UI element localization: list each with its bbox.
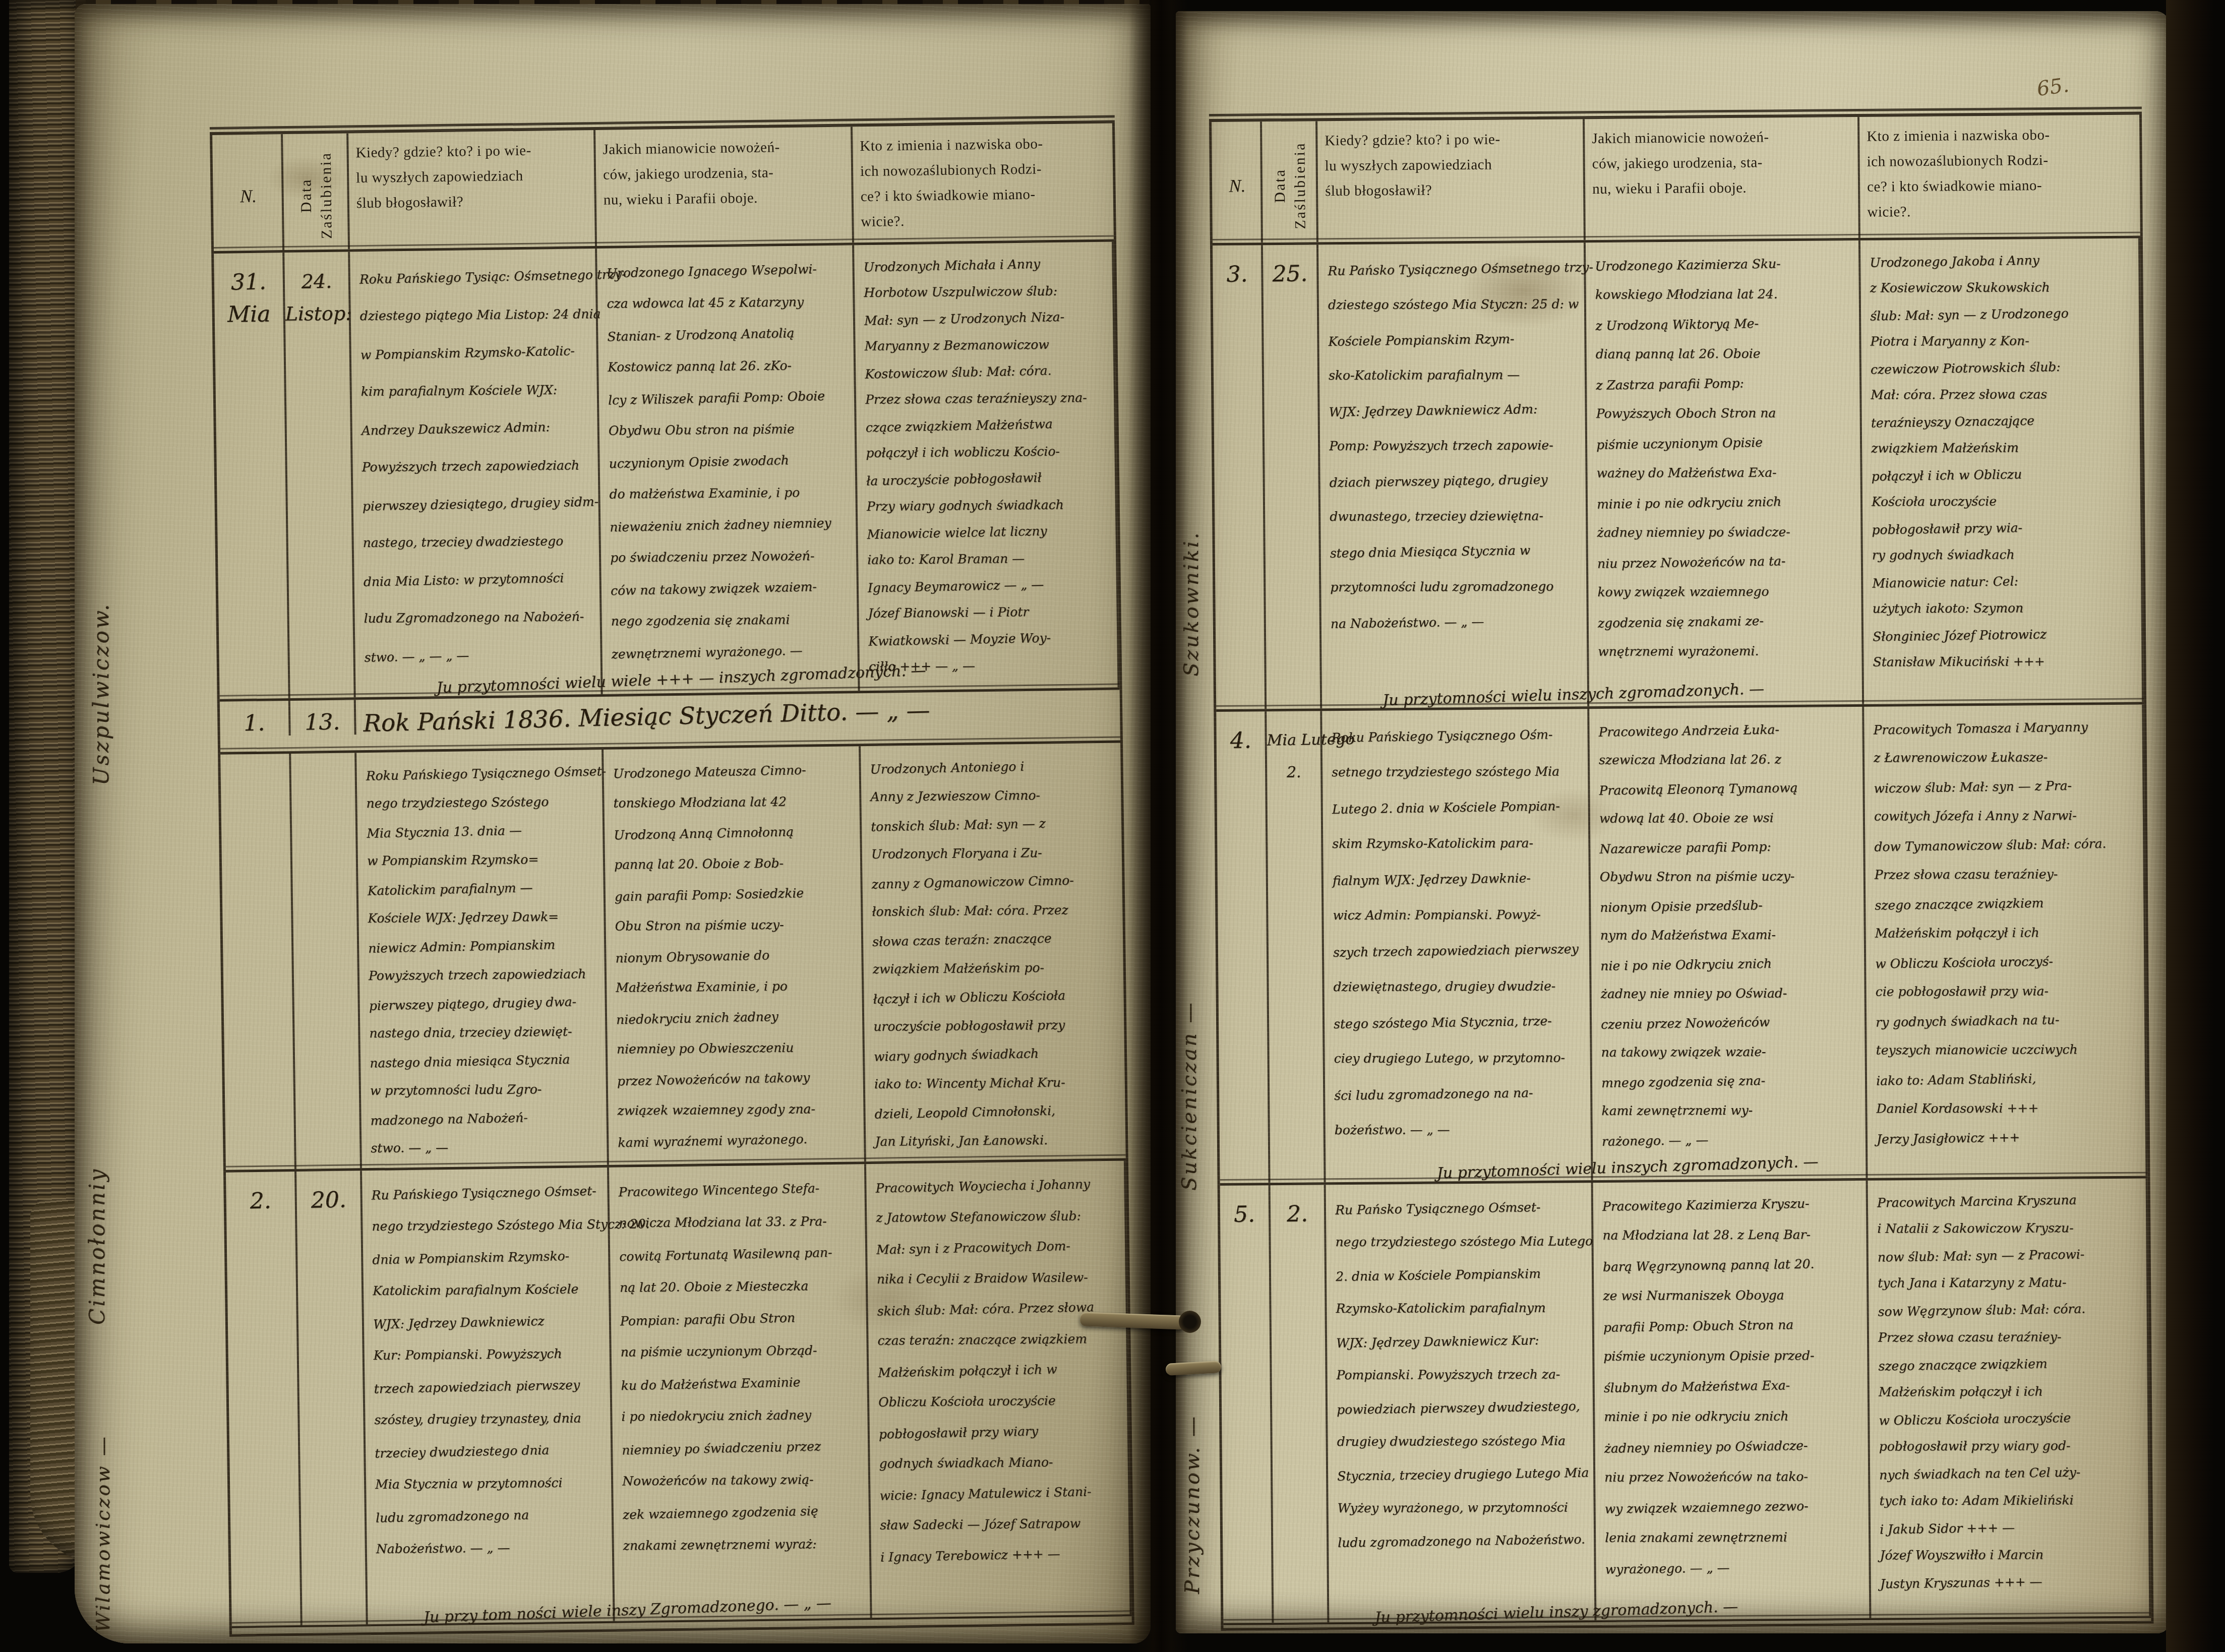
text-line: ry godnych świadkach na tu- <box>1876 1004 2142 1037</box>
date-header-word: Zaślubienia <box>318 151 336 238</box>
text-line: ców na takowy związek wzaiem- <box>610 570 854 607</box>
entry-witnesses-text: Urodzonych Antoniego iAnny z Jezwieszow … <box>861 743 1126 1161</box>
column-header-date: Data Zaślubienia <box>283 133 350 250</box>
entry-witnesses-text: Pracowitych Marcina Kryszunai Natalii z … <box>1868 1178 2151 1618</box>
text-line: znakami zewnętrznemi wyraż: <box>623 1527 867 1562</box>
entry-ceremony-text: Ru Pańsko Tysiącznego Ośmsetnego trzy-dz… <box>1318 242 1589 708</box>
text-line: lenia znakami zewnętrznemi <box>1605 1522 1866 1553</box>
text-line: pobłogosławił przy wiary god- <box>1879 1432 2145 1460</box>
text-line: ludu zgromadzonego na Nabożeństwo. <box>1338 1522 1591 1559</box>
text-line: sko-Katolickim parafialnym — <box>1329 357 1582 393</box>
entry-date <box>291 753 362 1169</box>
text-line: Roku Pańskiego Tysiąc: Ośmsetnego trzy- <box>359 256 592 298</box>
text-line: wy związek wzaiemnego zezwo- <box>1604 1490 1866 1524</box>
text-line: Przez słowa czasu teraźniey- <box>1875 860 2140 890</box>
text-line: Listop: <box>285 297 349 330</box>
text-line: ślub: Mał: syn — z Urodzonego <box>1870 299 2136 330</box>
entry-witnesses-text: Pracowitych Woyciecha i Johannyz Jatowto… <box>866 1160 1132 1618</box>
text-line: cza wdowca lat 45 z Katarzyny <box>607 285 850 319</box>
text-line: Nowożeńców na takowy zwią- <box>622 1463 866 1497</box>
entry-newlyweds-text: Urodzonego Ignacego Wsepolwi-cza wdowca … <box>597 245 860 694</box>
text-line: sow Węgrzynow ślub: Mał: córa. <box>1878 1295 2144 1326</box>
text-line: z Urodzoną Wiktoryą Me- <box>1595 307 1856 341</box>
text-line: Stanian- z Urodzoną Anatolią <box>607 316 851 353</box>
text-line: Urodzonych Floryana i Zu- <box>871 838 1119 869</box>
text-line: skim Rzymsko-Katolickim para- <box>1332 825 1585 862</box>
entry-number: 31.Mia <box>214 253 290 699</box>
text-line: nionym Obrysowanie do <box>615 938 859 974</box>
margin-note: Cimnołonniy <box>85 841 109 1325</box>
text-line: ła uroczyście pobłogosławił <box>866 463 1112 495</box>
column-header-number: N. <box>1212 121 1263 243</box>
entry-date: Mia Lutego2. <box>1267 711 1326 1183</box>
entry-date: 20. <box>296 1171 368 1625</box>
text-line: rażonego. — „ — <box>1602 1123 1863 1156</box>
text-line: Jan Lityński, Jan Łanowski. <box>875 1125 1122 1156</box>
margin-note: Wilamowiczow — <box>92 1335 114 1632</box>
text-line: Rzymsko-Katolickim parafialnym <box>1336 1291 1589 1325</box>
text-line: Józef Bianowski — i Piotr <box>868 598 1113 627</box>
text-line: szewicza Młodziana lat 26. z <box>1599 745 1859 775</box>
text-line: Kościoła uroczyście <box>1872 487 2137 515</box>
text-line: Piotra i Maryanny z Kon- <box>1870 327 2136 355</box>
text-line: nych świadkach na ten Cel uży- <box>1879 1458 2145 1489</box>
text-line: ludu zgromadzonego na <box>375 1497 609 1534</box>
text-line: wiczow ślub: Mał: syn — z Pra- <box>1874 770 2140 804</box>
text-line: zewnętrznemi wyrażonego. — <box>611 634 855 670</box>
text-line: Roku Pańskiego Tysiącznego Ośm- <box>1331 716 1585 755</box>
text-line: fialnym WJX: Jędrzey Dawknie- <box>1332 859 1586 898</box>
entry-number: 2. <box>226 1172 303 1626</box>
text-line: Mia Lutego <box>1267 724 1320 757</box>
text-line: Powyższych trzech zapowiedziach <box>369 959 602 990</box>
text-line: Józef Woyszwiłło i Marcin <box>1880 1541 2145 1569</box>
text-line: sław Sadecki — Józef Satrapow <box>880 1508 1126 1541</box>
text-line: na Młodziana lat 28. z Leną Bar- <box>1602 1219 1863 1251</box>
text-line: WJX: Jędrzey Dawkniewicz <box>373 1304 606 1340</box>
entry-date: 24.Listop: <box>284 252 356 698</box>
text-line: Pompianski. Powyższych trzech za- <box>1336 1358 1589 1392</box>
text-line: nego trzydziestego Szóstego Mia Stycz: 2… <box>372 1208 605 1243</box>
margin-note: Uszpulwiczow. <box>89 241 113 785</box>
text-line: tonskich ślub: Mał: syn — z <box>871 808 1119 841</box>
text-line: Ru Pańsko Tysiącznego Ośmset- <box>1335 1190 1589 1227</box>
text-line: 2. <box>226 1185 295 1218</box>
text-line: związek wzaiemney zgody zna- <box>617 1093 861 1126</box>
text-line: Obydwu Obu stron na piśmie <box>609 412 852 446</box>
text-line: dziestego piątego Mia Listop: 24 dnia <box>359 295 593 335</box>
text-line: Pracowitego Kazimierza Kryszu- <box>1602 1188 1863 1222</box>
text-line: dianą panną lat 26. Oboie <box>1596 338 1856 369</box>
text-line: ślub błogosławił? <box>356 188 590 216</box>
text-line: ców, jakiego urodzenia, sta- <box>1592 149 1853 176</box>
text-line: w Pompianskim Rzymsko-Katolic- <box>360 331 593 374</box>
text-line: Kostowicz panną lat 26. zKo- <box>608 349 851 383</box>
entry-row: 2. 20. Ru Pańskiego Tysiącznego Ośmset-n… <box>226 1160 1132 1628</box>
text-line: Pracowitych Tomasza i Maryanny <box>1873 712 2139 745</box>
text-line: lcy z Wiliszek parafii Pomp: Oboie <box>608 380 851 416</box>
text-line: niewicz Admin: Pompianskim <box>368 929 602 962</box>
text-line: związkiem Małżeńskim po- <box>873 953 1120 984</box>
text-line: Obu Stron na piśmie uczy- <box>615 908 858 941</box>
entry-number: 3. <box>1213 245 1267 709</box>
text-line: Horbotow Uszpulwiczow ślub: <box>864 277 1109 306</box>
text-line: ry godnych świadkach <box>1872 541 2138 569</box>
text-line: piśmie uczynionym Opisie <box>1596 426 1857 460</box>
text-line: Roku Pańskiego Tysiącznego Ośmset- <box>366 757 599 790</box>
column-header-parents-witnesses: Kto z imienia i nazwiska obo-ich nowozaś… <box>1859 115 2140 238</box>
text-line: Przez słowa czasu teraźniey- <box>1878 1323 2144 1352</box>
text-line: szego znaczące związkiem <box>1875 887 2141 921</box>
text-line: Mianowicie natur: Cel: <box>1872 566 2138 597</box>
text-line: pierwszey dziesiątego, drugiey sidm- <box>362 482 595 525</box>
text-line: ze wsi Nurmaniszek Oboyga <box>1603 1280 1863 1311</box>
text-line: Przez słowa czas teraźnieyszy zna- <box>865 384 1111 413</box>
text-line: czewiczow Piotrowskich ślub: <box>1871 352 2137 383</box>
text-line: ich nowozaślubionych Rodzi- <box>1867 147 2135 174</box>
text-line: 24. <box>284 265 348 298</box>
text-line: Urodzonych Antoniego i <box>870 750 1118 784</box>
text-line: ich nowozaślubionych Rodzi- <box>860 156 1108 184</box>
text-line: Przy wiary godnych świadkach <box>867 491 1112 520</box>
text-line: Ru Pańskiego Tysiącznego Ośmset- <box>371 1175 605 1211</box>
text-line: Kościele WJX: Jędrzey Dawk= <box>368 902 600 933</box>
text-line: i Ignacy Terebowicz +++ — <box>880 1537 1126 1573</box>
text-line: z Jatowtow Stefanowiczow ślub: <box>876 1200 1122 1233</box>
text-line: Kto z imienia i nazwiska obo- <box>1867 122 2134 149</box>
text-line: nie i po nie Odkryciu znich <box>1600 948 1861 981</box>
text-line: cowitą Fortunatą Wasilewną pan- <box>619 1236 863 1273</box>
text-line: czące związkiem Małżeństwa <box>865 409 1111 441</box>
text-line: Maryanny z Bezmanowiczow <box>864 331 1110 359</box>
text-line: godnych świadkach Miano- <box>879 1446 1125 1479</box>
date-header-word: Zaślubienia <box>1291 142 1309 229</box>
text-line: nastego dnia miesiąca Stycznia <box>370 1044 603 1077</box>
text-line: dziach pierwszey piątego, drugiey <box>1329 461 1583 500</box>
entry-newlyweds-text: Pracowitego Andrzeia Łuka-szewicza Młodz… <box>1589 707 1868 1180</box>
text-line: żadney nie mniey po Oświad- <box>1601 978 1861 1009</box>
text-line: stwo. — „ — <box>371 1132 604 1162</box>
text-line: użytych iakoto: Szymon <box>1873 594 2138 622</box>
entry-witnesses-text: Urodzonego Jakoba i Annyz Kosiewiczow Sk… <box>1860 238 2144 704</box>
text-line: Kur: Pompianski. Powyższych <box>374 1337 607 1372</box>
binding-thread-hole <box>1179 1311 1201 1333</box>
text-line: teraźnieyszy Oznaczające <box>1871 406 2137 437</box>
text-line: wicie: Ignacy Matulewicz i Stani- <box>879 1476 1125 1511</box>
text-line: szych trzech zapowiedziach pierwszey <box>1333 931 1586 970</box>
text-line: Powyższych Oboch Stron na <box>1596 398 1857 429</box>
text-line: związkiem Małżeńskim <box>1871 434 2137 462</box>
text-line: parafii Pomp: Obuch Stron na <box>1603 1309 1864 1343</box>
text-line: iako to: Karol Braman — <box>867 544 1113 573</box>
text-line: niemniey po świadczeniu przez <box>622 1430 865 1467</box>
text-line: dow Tymanowiczow ślub: Mał: córa. <box>1874 829 2140 862</box>
text-line: Kiedy? gdzie? kto? i po wie- <box>1325 126 1578 153</box>
text-line: wicie?. <box>861 206 1109 234</box>
text-line: połączył i ich wobliczu Kościo- <box>866 438 1111 466</box>
text-line: Urodzonego Jakoba i Anny <box>1870 246 2136 276</box>
text-line: lu wyszłych zapowiedziach <box>1325 151 1578 178</box>
text-line: na takowy związek wzaie- <box>1601 1037 1861 1067</box>
date-header-word: Data <box>1272 168 1289 203</box>
entry-ceremony-text: Ru Pańskiego Tysiącznego Ośmset-nego trz… <box>362 1168 615 1624</box>
text-line: dnia w Pompianskim Rzymsko- <box>372 1239 606 1276</box>
text-line: tonskiego Młodziana lat 42 <box>613 785 857 818</box>
text-line: 2. dnia w Kościele Pompianskim <box>1336 1256 1589 1293</box>
text-line: dnia Mia Listo: w przytomności <box>363 558 596 600</box>
text-line: Małżeńskim połączył i ich <box>1879 1378 2144 1406</box>
text-line: Mia Stycznia w przytomności <box>375 1466 609 1501</box>
column-header-ceremony: Kiedy? gdzie? kto? i po wie-lu wyszłych … <box>1317 119 1586 242</box>
text-line: dziewiętnastego, drugiey dwudzie- <box>1333 968 1586 1005</box>
text-line: Nabożeństwo. — „ — <box>376 1531 610 1565</box>
text-line: kim parafialnym Kościele WJX: <box>360 371 594 410</box>
text-line: i Natalii z Sakowiczow Kryszu- <box>1877 1214 2143 1243</box>
text-line: ku do Małżeństwa Examinie <box>621 1365 864 1402</box>
text-line: Słonginiec Józef Piotrowicz <box>1873 620 2139 650</box>
entry-row: Roku Pańskiego Tysiącznego Ośmset-nego t… <box>220 743 1126 1172</box>
text-line: wiary godnych świadkach <box>874 1037 1122 1071</box>
text-line: z Zastrza parafii Pomp: <box>1596 366 1857 400</box>
entry-date: 25. <box>1263 244 1322 709</box>
text-line: drugiey dwudziestego szóstego Mia <box>1337 1424 1590 1458</box>
text-line: dzieli, Leopold Cimnołonski, <box>874 1095 1122 1129</box>
text-line: połączył i ich w Obliczu <box>1871 459 2137 490</box>
text-line: w Pompianskim Rzymsko= <box>367 844 600 875</box>
text-line: uczynionym Opisie zwodach <box>609 443 852 480</box>
right-page: Szukowniki. Sukcieniczan — Przyczunow. —… <box>1176 11 2170 1633</box>
text-line: z Kosiewiczow Skukowskich <box>1870 274 2136 301</box>
text-line: Pracowitych Woyciecha i Johanny <box>875 1168 1121 1204</box>
marriage-register-table-right: N. Data Zaślubienia Kiedy? gdzie? kto? i… <box>1209 111 2153 1630</box>
book-cover-edge <box>2166 0 2214 1652</box>
entry-ceremony-text: Roku Pańskiego Tysiąc: Ośmsetnego trzy-d… <box>350 249 603 697</box>
text-line: dziestego szóstego Mia Styczn: 25 d: w <box>1328 286 1581 323</box>
entry-witnesses-text: Pracowitych Tomasza i Maryannyz Ławrenow… <box>1864 704 2147 1178</box>
text-line: wicz Admin: Pompianski. Powyż- <box>1333 896 1586 933</box>
entry-number: 1. <box>220 701 291 737</box>
text-line: słowa czas teraźn: znaczące <box>872 923 1120 956</box>
entry-row: 5. 2. Ru Pańsko Tysiącznego Ośmset-nego … <box>1220 1178 2151 1625</box>
book-gutter-shadow <box>1128 0 1188 1652</box>
text-line: w Obliczu Kościoła uroczyś- <box>1875 946 2141 979</box>
column-header-newlyweds: Jakich mianowicie nowożeń-ców, jakiego u… <box>1585 117 1860 240</box>
text-line: czas teraźn: znaczące związkiem <box>877 1323 1123 1356</box>
text-line: łonskich ślub: Mał: córa. Przez <box>872 895 1119 926</box>
text-line: Kwiatkowski — Moyzie Woy- <box>868 623 1114 655</box>
text-line: zek wzaiemnego zgodzenia się <box>622 1494 866 1532</box>
text-line: ślubnym do Małżeństwa Exa- <box>1603 1369 1865 1403</box>
text-line: Ignacy Beymarowicz — „ — <box>867 570 1113 601</box>
text-line: ce? i kto świadkowie miano- <box>860 181 1108 209</box>
text-line: Urodzonego Ignacego Wsepolwi- <box>606 253 850 289</box>
text-line: kowy związek wzaiemnego <box>1597 576 1858 607</box>
text-line: Kościele Pompianskim Rzym- <box>1328 320 1582 359</box>
text-line: do małżeństwa Examinie, i po <box>609 476 853 510</box>
text-line: tych Jana i Katarzyny z Matu- <box>1878 1269 2143 1297</box>
entry-number <box>220 754 296 1170</box>
text-line: Mia <box>214 298 283 331</box>
text-line: mnego zgodzenia się zna- <box>1601 1065 1862 1098</box>
entry-number: 4. <box>1216 711 1270 1183</box>
text-line: wnętrznemi wyrażonemi. <box>1598 636 1858 666</box>
text-line: nionym Opisie przedślub- <box>1600 889 1861 923</box>
entry-newlyweds-text: Pracowitego Wincentego Stefa-nowicza Mło… <box>609 1164 872 1621</box>
text-line: Mał: córa. Przez słowa czas <box>1871 381 2136 408</box>
column-header-number: N. <box>212 134 284 251</box>
text-line: madzonego na Nabożeń- <box>370 1102 604 1135</box>
table-header-row: N. Data Zaślubienia Kiedy? gdzie? kto? i… <box>212 124 1114 254</box>
table-header-row: N. Data Zaślubienia Kiedy? gdzie? kto? i… <box>1212 115 2140 246</box>
text-line: ce? i kto świadkowie miano- <box>1867 172 2135 200</box>
text-line: w Obliczu Kościoła uroczyście <box>1879 1403 2145 1435</box>
text-line: pierwszey piątego, drugiey dwa- <box>369 987 602 1020</box>
entry-row: 4. Mia Lutego2. Roku Pańskiego Tysiączne… <box>1216 704 2147 1185</box>
text-line: przez Nowożeńców na takowy <box>617 1061 860 1097</box>
text-line: minie i po nie odkryciu znich <box>1604 1401 1865 1432</box>
text-line: 5. <box>1220 1198 1269 1231</box>
text-line: z Ławrenowiczow Łukasze- <box>1874 743 2139 773</box>
text-line: nieważeniu znich żadney niemniey <box>610 507 853 543</box>
entry-newlyweds-text: Pracowitego Kazimierza Kryszu-na Młodzia… <box>1593 1181 1872 1620</box>
text-line: i Jakub Sidor +++ — <box>1880 1512 2146 1544</box>
text-line: ciey drugiego Lutego, w przytomno- <box>1334 1039 1587 1076</box>
text-line: Katolickim parafialnym — <box>367 872 600 905</box>
text-line: powiedziach pierwszey dwudziestego, <box>1337 1389 1590 1426</box>
text-line: cowitych Józefa i Anny z Narwi- <box>1874 801 2140 831</box>
text-line: now ślub: Mał: syn — z Pracowi- <box>1877 1240 2143 1271</box>
text-line: dwunastego, trzeciey dziewiętna- <box>1330 498 1583 534</box>
text-line: Wyżey wyrażonego, w przytomności <box>1338 1491 1591 1525</box>
text-line: na Nabożeństwo. — „ — <box>1330 602 1584 641</box>
text-line: nowicza Młodziana lat 33. z Pra- <box>619 1205 862 1239</box>
text-line: przytomności ludu zgromadzonego <box>1330 569 1583 605</box>
text-line: 31. <box>214 266 283 299</box>
text-line: nu, wieku i Parafii oboje. <box>1592 174 1853 202</box>
text-line: lu wyszłych zapowiedziach <box>356 162 589 191</box>
text-line: żadney niemniey po Oświadcze- <box>1604 1430 1865 1464</box>
text-line: 3. <box>1213 258 1261 291</box>
text-line: ną lat 20. Oboie z Miesteczka <box>620 1269 863 1304</box>
text-line: szóstey, drugiey trzynastey, dnia <box>374 1402 608 1436</box>
text-line: Mia Stycznia 13. dnia — <box>367 814 600 847</box>
text-line: uroczyście pobłogosławił przy <box>873 1010 1121 1041</box>
text-line: niu przez Nowożeńców na tako- <box>1604 1461 1865 1493</box>
text-line: Jakich mianowicie nowożeń- <box>603 134 846 162</box>
text-line: Andrzey Daukszewicz Admin: <box>361 407 594 449</box>
column-header-newlyweds: Jakich mianowicie nowożeń-ców, jakiego u… <box>595 127 854 246</box>
text-line: pobłogosławił przy wia- <box>1872 513 2138 543</box>
text-line: Kiedy? gdzie? kto? i po wie- <box>355 137 589 165</box>
text-line: w przytomności ludu Zgro- <box>370 1074 603 1105</box>
text-line: Daniel Kordasowski +++ <box>1876 1093 2142 1124</box>
text-line: wdową lat 40. Oboie ze wsi <box>1599 803 1860 833</box>
text-line: 25. <box>1263 258 1317 291</box>
page-number: 65. <box>2035 74 2070 101</box>
text-line: wyrażonego. — „ — <box>1605 1551 1866 1585</box>
text-line: niedokryciu znich żadney <box>616 1000 860 1035</box>
text-line: Kto z imienia i nazwiska obo- <box>860 131 1108 159</box>
entry-newlyweds-text: Urodzonego Kazimierza Sku-kowskiego Młod… <box>1586 240 1864 706</box>
text-line: Pracowitych Marcina Kryszuna <box>1877 1186 2143 1217</box>
text-line: zanny z Ogmanowiczow Cimno- <box>871 865 1119 899</box>
entry-newlyweds-text: Urodzonego Mateusza Cimno-tonskiego Młod… <box>604 746 866 1165</box>
date-header-word: Data <box>297 178 315 213</box>
text-line: Kostowiczow ślub: Mał: córa. <box>865 356 1111 388</box>
text-line: nym do Małżeństwa Exami- <box>1600 920 1861 950</box>
text-line: Pomp: Powyższych trzech zapowie- <box>1329 427 1582 464</box>
text-line: iako to: Adam Stabliński, <box>1876 1063 2142 1096</box>
text-line: Obydwu Stron na piśmie uczy- <box>1600 862 1860 892</box>
text-line: stego szóstego Mia Stycznia, trze- <box>1334 1002 1587 1042</box>
text-line: ludu Zgromadzonego na Nabożeń- <box>364 597 597 637</box>
text-line: kowskiego Młodziana lat 24. <box>1595 279 1856 310</box>
text-line: czeniu przez Nowożeńców <box>1601 1006 1862 1039</box>
text-line: nego trzydziestego Szóstego <box>366 787 599 818</box>
entry-date: 13. <box>290 700 356 736</box>
text-line: Pracowitego Andrzeia Łuka- <box>1598 714 1859 747</box>
text-line: Małżeńskim połączył i ich <box>1875 918 2141 948</box>
text-line: na piśmie uczynionym Obrząd- <box>620 1334 864 1368</box>
text-line: kami wyraźnemi wyrażonego. <box>618 1123 861 1158</box>
text-line: Mianowicie wielce lat liczny <box>867 516 1113 548</box>
text-line: niu przez Nowożeńców na ta- <box>1597 545 1858 579</box>
text-line: ważney do Małżeństwa Exa- <box>1596 457 1857 488</box>
text-line: Urodzonych Michała i Anny <box>863 249 1109 281</box>
left-page: Uszpulwiczow. Cimnołonniy Wilamowiczow —… <box>75 4 1151 1643</box>
entry-witnesses-text: Urodzonych Michała i AnnyHorbotow Uszpul… <box>854 242 1120 691</box>
text-line: tych iako to: Adam Mikieliński <box>1879 1487 2145 1515</box>
text-line: łączył i ich w Obliczu Kościoła <box>873 980 1121 1014</box>
text-line: Stycznia, trzeciey drugiego Lutego Mia <box>1337 1456 1591 1493</box>
text-line: 4. <box>1216 724 1265 757</box>
text-line: Ru Pańsko Tysiącznego Ośmsetnego trzy- <box>1328 250 1581 288</box>
text-line: teyszych mianowicie uczciwych <box>1876 1035 2141 1065</box>
entry-row: 3. 25. Ru Pańsko Tysiącznego Ośmsetnego … <box>1213 238 2144 712</box>
text-line: Pompian: parafii Obu Stron <box>620 1301 863 1338</box>
entry-row: 31.Mia 24.Listop: Roku Pańskiego Tysiąc:… <box>214 242 1119 702</box>
column-header-parents-witnesses: Kto z imienia i nazwiska obo-ich nowozaś… <box>853 124 1114 243</box>
entry-date: 2. <box>1271 1185 1330 1623</box>
text-line: trzech zapowiedziach pierwszey <box>374 1368 607 1405</box>
text-line: Małżeństwa Examinie, i po <box>616 970 859 1003</box>
column-header-ceremony: Kiedy? gdzie? kto? i po wie-lu wyszłych … <box>348 130 597 249</box>
text-line: nego trzydziestego szóstego Mia Lutego <box>1335 1225 1588 1259</box>
text-line: Jakich mianowicie nowożeń- <box>1592 124 1852 151</box>
text-line: Małżeńskim połączył i ich w <box>878 1353 1124 1388</box>
text-line: Obliczu Kościoła uroczyście <box>878 1385 1124 1418</box>
text-line: nego zgodzenia się znakami <box>611 603 854 637</box>
text-line: Nazarewicze parafii Pomp: <box>1599 831 1860 864</box>
text-line: nu, wieku i Parafii oboje. <box>604 184 847 212</box>
text-line: cie pobłogosławił przy wia- <box>1876 976 2141 1007</box>
text-line: trzeciey dwudziestego dnia <box>375 1433 608 1470</box>
marriage-register-table-left: N. Data Zaślubienia Kiedy? gdzie? kto? i… <box>210 120 1134 1637</box>
text-line: panną lat 20. Oboie z Bob- <box>614 847 858 880</box>
text-line: Lutego 2. dnia w Kościele Pompian- <box>1332 787 1585 827</box>
column-header-date: Data Zaślubienia <box>1262 121 1318 242</box>
text-line: niemniey po Obwieszczeniu <box>617 1031 860 1064</box>
text-line: minie i po nie odkryciu znich <box>1597 485 1858 519</box>
text-line: stwo. — „ — „ — <box>364 634 597 676</box>
text-line: pobłogosławił przy wiary <box>878 1414 1124 1450</box>
text-line: wicie?. <box>1867 198 2135 225</box>
text-line: nastego, trzeciey dwadziestego <box>363 522 596 562</box>
text-line: szego znaczące związkiem <box>1878 1349 2144 1380</box>
text-line: Mał: syn i z Pracowitych Dom- <box>876 1230 1122 1265</box>
text-line: ców, jakiego urodzenia, sta- <box>603 159 847 187</box>
text-line: Mał: syn — z Urodzonych Niza- <box>864 302 1110 334</box>
